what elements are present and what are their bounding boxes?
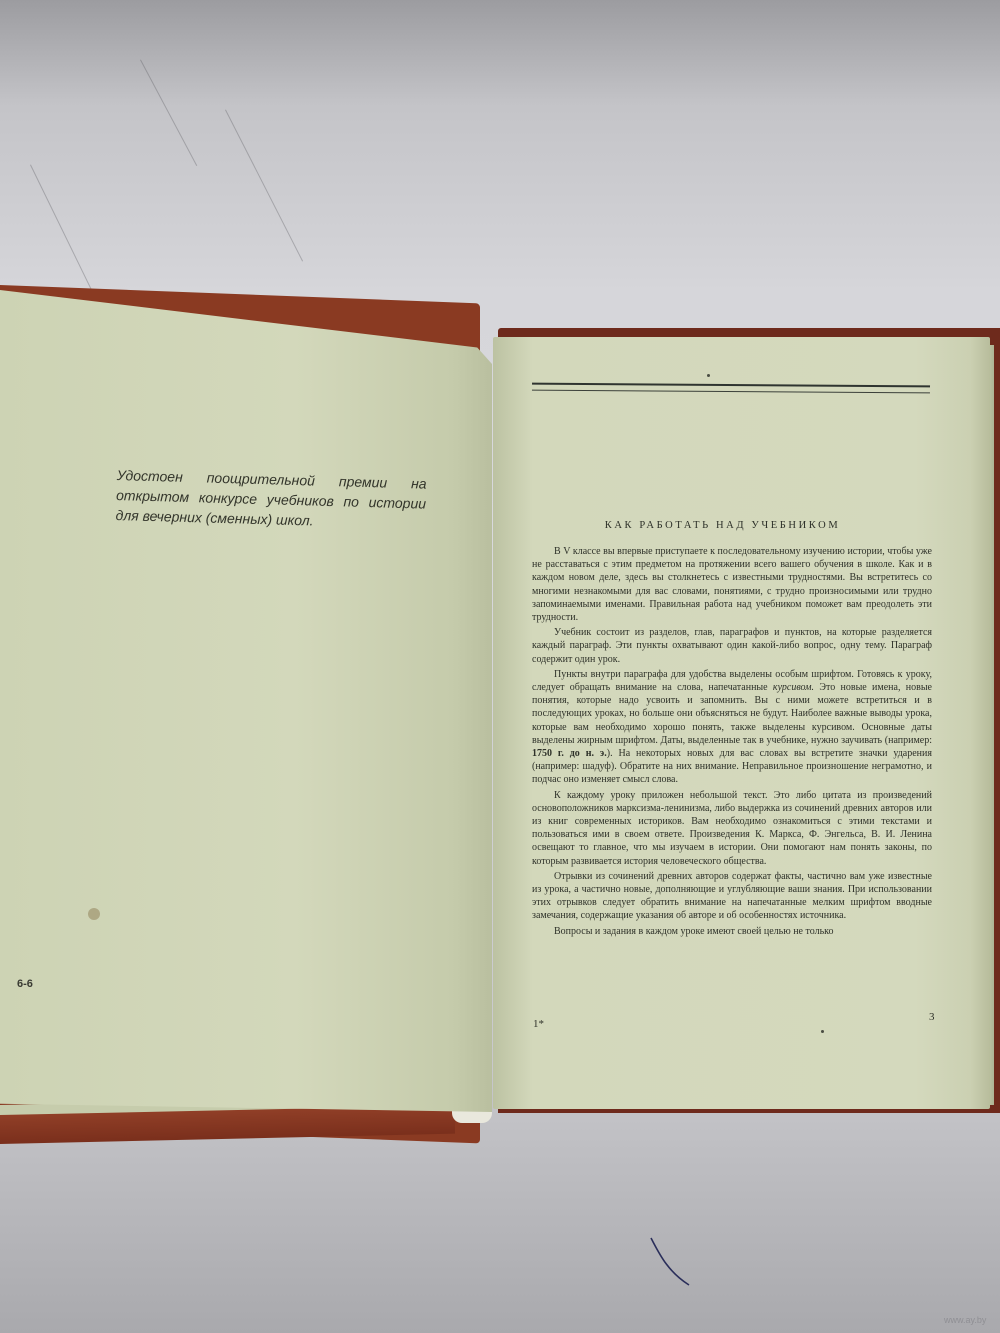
paper-stain: [88, 908, 100, 920]
surface-scratch: [140, 60, 197, 166]
surface-scratch: [225, 110, 303, 262]
left-page: [0, 290, 492, 1112]
chapter-body: В V классе вы впервые приступаете к посл…: [532, 545, 932, 940]
watermark: www.ay.by: [944, 1315, 986, 1325]
pen-mark-icon: [645, 1235, 695, 1295]
bold-date: 1750 г. до н. э.: [532, 748, 607, 759]
italic-term: курсивом.: [773, 682, 814, 693]
paper-speck: [707, 374, 710, 377]
paragraph: Вопросы и задания в каждом уроке имеют с…: [532, 925, 932, 938]
paper-speck: [821, 1030, 824, 1033]
paragraph: В V классе вы впервые приступаете к посл…: [532, 545, 932, 624]
printer-signature-mark: 1*: [533, 1018, 544, 1030]
paragraph: Отрывки из сочинений древних авторов сод…: [532, 870, 932, 923]
chapter-title: КАК РАБОТАТЬ НАД УЧЕБНИКОМ: [500, 520, 945, 531]
award-note: Удостоен поощрительной премии на открыто…: [115, 465, 427, 534]
page-number: 3: [929, 1011, 935, 1023]
paragraph: Учебник состоит из разделов, глав, параг…: [532, 626, 932, 666]
printer-signature-mark: 6-6: [17, 978, 33, 990]
paragraph: Пункты внутри параграфа для удобства выд…: [532, 668, 932, 787]
surface-scratch: [30, 165, 92, 291]
photo-scene: Удостоен поощрительной премии на открыто…: [0, 0, 1000, 1333]
paragraph: К каждому уроку приложен небольшой текст…: [532, 789, 932, 868]
